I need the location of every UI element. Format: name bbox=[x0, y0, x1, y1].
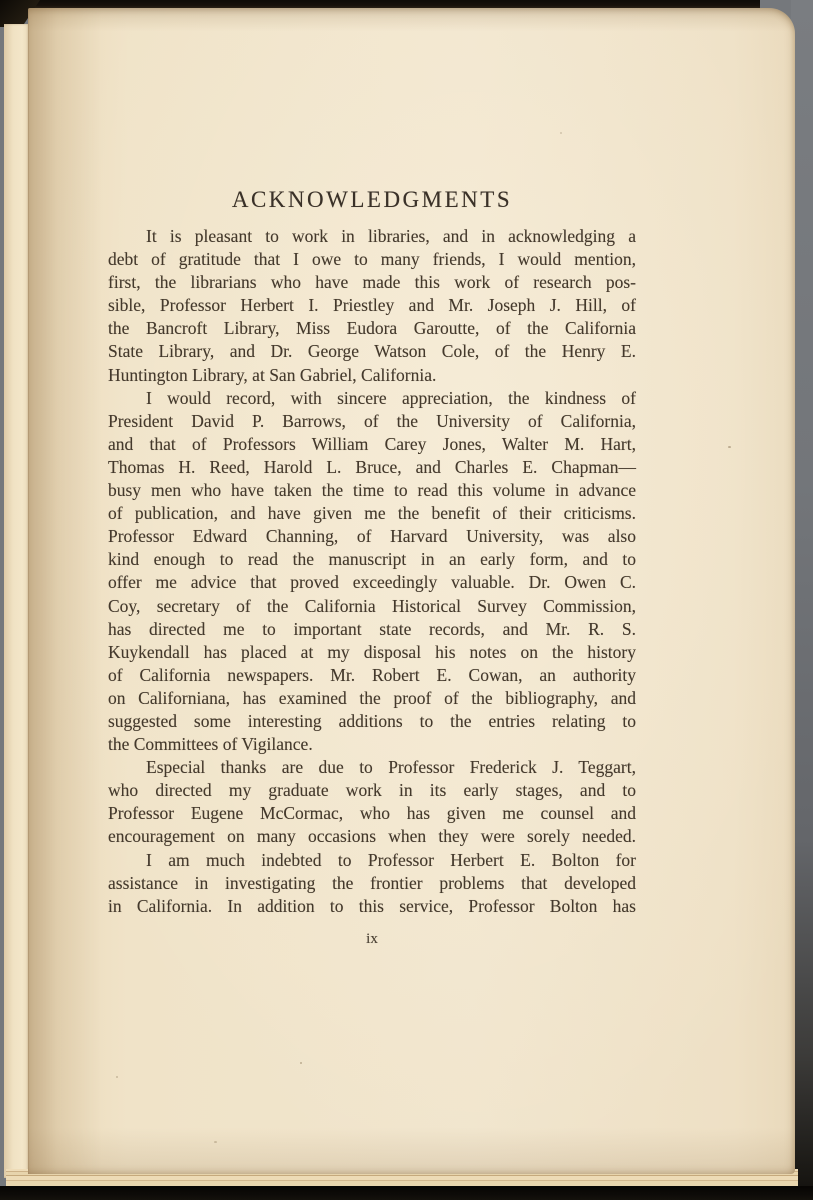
book-page: ACKNOWLEDGMENTS It is pleasant to work i… bbox=[28, 8, 795, 1174]
text-line: It is pleasant to work in libraries, and… bbox=[108, 225, 636, 248]
page-number: ix bbox=[108, 931, 636, 948]
text-line: suggested some interesting additions to … bbox=[108, 710, 636, 733]
text-line: encouragement on many occasions when the… bbox=[108, 825, 636, 848]
text-line: Coy, secretary of the California Histori… bbox=[108, 595, 636, 618]
text-line: Thomas H. Reed, Harold L. Bruce, and Cha… bbox=[108, 456, 636, 479]
text-line: has directed me to important state recor… bbox=[108, 618, 636, 641]
text-line: first, the librarians who have made this… bbox=[108, 271, 636, 294]
text-line: Professor Eugene McCormac, who has given… bbox=[108, 802, 636, 825]
text-line: in California. In addition to this servi… bbox=[108, 895, 636, 918]
dust-speck bbox=[214, 1141, 217, 1143]
text-line: the Committees of Vigilance. bbox=[108, 733, 636, 756]
text-line: the Bancroft Library, Miss Eudora Garout… bbox=[108, 317, 636, 340]
text-line: on Californiana, has examined the proof … bbox=[108, 687, 636, 710]
text-line: of publication, and have given me the be… bbox=[108, 502, 636, 525]
text-line: busy men who have taken the time to read… bbox=[108, 479, 636, 502]
text-line: Especial thanks are due to Professor Fre… bbox=[108, 756, 636, 779]
text-line: I am much indebted to Professor Herbert … bbox=[108, 849, 636, 872]
dust-speck bbox=[728, 446, 731, 448]
text-line: President David P. Barrows, of the Unive… bbox=[108, 410, 636, 433]
page-title: ACKNOWLEDGMENTS bbox=[108, 187, 636, 213]
page-content: ACKNOWLEDGMENTS It is pleasant to work i… bbox=[108, 8, 636, 1174]
text-line: sible, Professor Herbert I. Priestley an… bbox=[108, 294, 636, 317]
text-line: kind enough to read the manuscript in an… bbox=[108, 548, 636, 571]
text-line: Professor Edward Channing, of Harvard Un… bbox=[108, 525, 636, 548]
book-cover-bottom-edge bbox=[0, 1186, 813, 1200]
text-line: debt of gratitude that I owe to many fri… bbox=[108, 248, 636, 271]
body-text: It is pleasant to work in libraries, and… bbox=[108, 225, 636, 918]
text-line: who directed my graduate work in its ear… bbox=[108, 779, 636, 802]
dust-speck bbox=[560, 132, 562, 134]
text-line: State Library, and Dr. George Watson Col… bbox=[108, 340, 636, 363]
text-line: assistance in investigating the frontier… bbox=[108, 872, 636, 895]
book-scan: ACKNOWLEDGMENTS It is pleasant to work i… bbox=[0, 0, 813, 1200]
dust-speck bbox=[300, 1062, 302, 1064]
text-line: Kuykendall has placed at my disposal his… bbox=[108, 641, 636, 664]
page-stack-edge-left bbox=[4, 24, 30, 1178]
text-line: Huntington Library, at San Gabriel, Cali… bbox=[108, 364, 636, 387]
gutter-shadow bbox=[28, 8, 101, 1174]
dust-speck bbox=[116, 1076, 118, 1078]
text-line: and that of Professors William Carey Jon… bbox=[108, 433, 636, 456]
text-line: offer me advice that proved exceedingly … bbox=[108, 571, 636, 594]
text-line: I would record, with sincere appreciatio… bbox=[108, 387, 636, 410]
text-line: of California newspapers. Mr. Robert E. … bbox=[108, 664, 636, 687]
